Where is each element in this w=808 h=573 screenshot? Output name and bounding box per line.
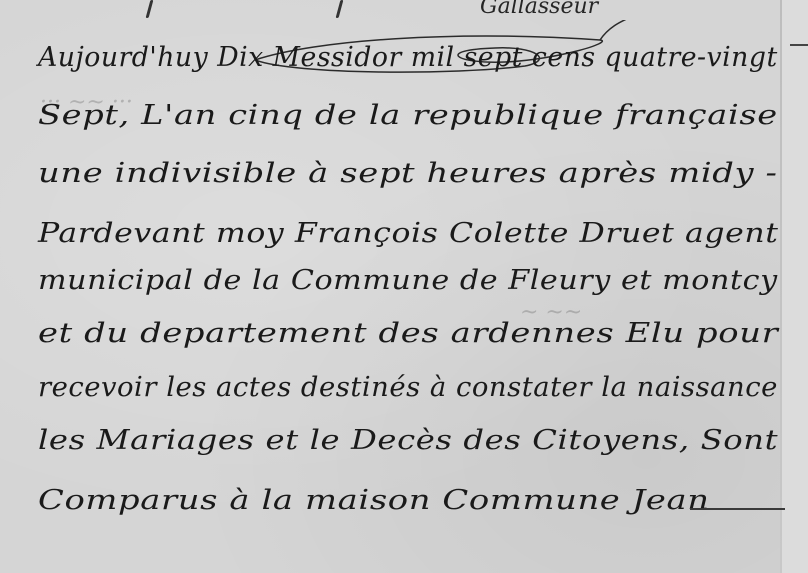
document-line-3: une indivisible à sept heures après midy…	[38, 158, 778, 189]
document-line-7: recevoir les actes destinés à constater …	[38, 372, 778, 403]
document-line-5: municipal de la Commune de Fleury et mon…	[38, 265, 778, 296]
document-line-8: les Mariages et le Decès des Citoyens, S…	[38, 425, 778, 456]
margin-line	[780, 0, 782, 573]
document-page: ··· ~~ ··· ~ ~~ Gallasseur Aujourd'huy D…	[0, 0, 808, 573]
document-line-6: et du departement des ardennes Elu pour	[38, 318, 778, 349]
ink-stroke	[146, 0, 154, 18]
document-line-2: Sept, L'an cinq de la republique françai…	[38, 100, 778, 131]
page-edge	[782, 0, 808, 573]
ink-stroke	[336, 0, 344, 18]
signature: Gallasseur	[480, 0, 598, 19]
document-line-1: Aujourd'huy Dix Messidor mil sept cens q…	[38, 42, 778, 73]
margin-mark	[790, 44, 808, 46]
document-line-4: Pardevant moy François Colette Druet age…	[38, 218, 778, 249]
document-line-9: Comparus à la maison Commune Jean	[38, 485, 710, 516]
line-end-rule	[690, 508, 785, 510]
